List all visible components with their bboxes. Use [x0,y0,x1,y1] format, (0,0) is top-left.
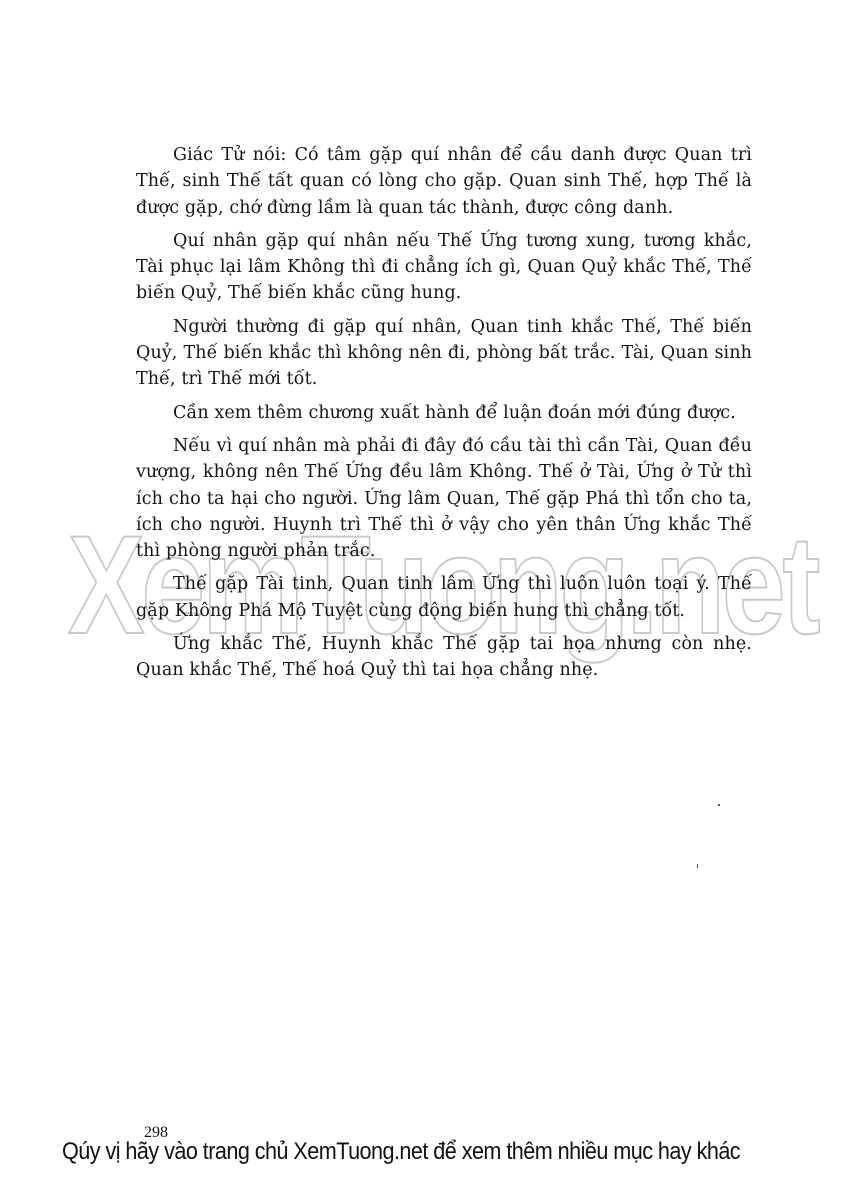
paragraph: Nếu vì quí nhân mà phải đi đây đó cầu tà… [136,433,752,564]
paragraph: Cần xem thêm chương xuất hành để luận đo… [136,400,752,426]
paragraph: Ứng khắc Thế, Huynh khắc Thế gặp tai họa… [136,631,752,684]
footer-banner: Qúy vị hãy vào trang chủ XemTuong.net để… [62,1138,728,1166]
scan-speck [718,804,720,806]
paragraph: Quí nhân gặp quí nhân nếu Thế Ứng tương … [136,228,752,307]
page-number: 298 [144,1124,168,1142]
page-body: Giác Tử nói: Có tâm gặp quí nhân để cầu … [136,142,752,691]
paragraph: Giác Tử nói: Có tâm gặp quí nhân để cầu … [136,142,752,221]
scan-speck [697,864,698,868]
paragraph: Thế gặp Tài tinh, Quan tinh lâm Ứng thì … [136,571,752,624]
paragraph: Người thường đi gặp quí nhân, Quan tinh … [136,314,752,393]
